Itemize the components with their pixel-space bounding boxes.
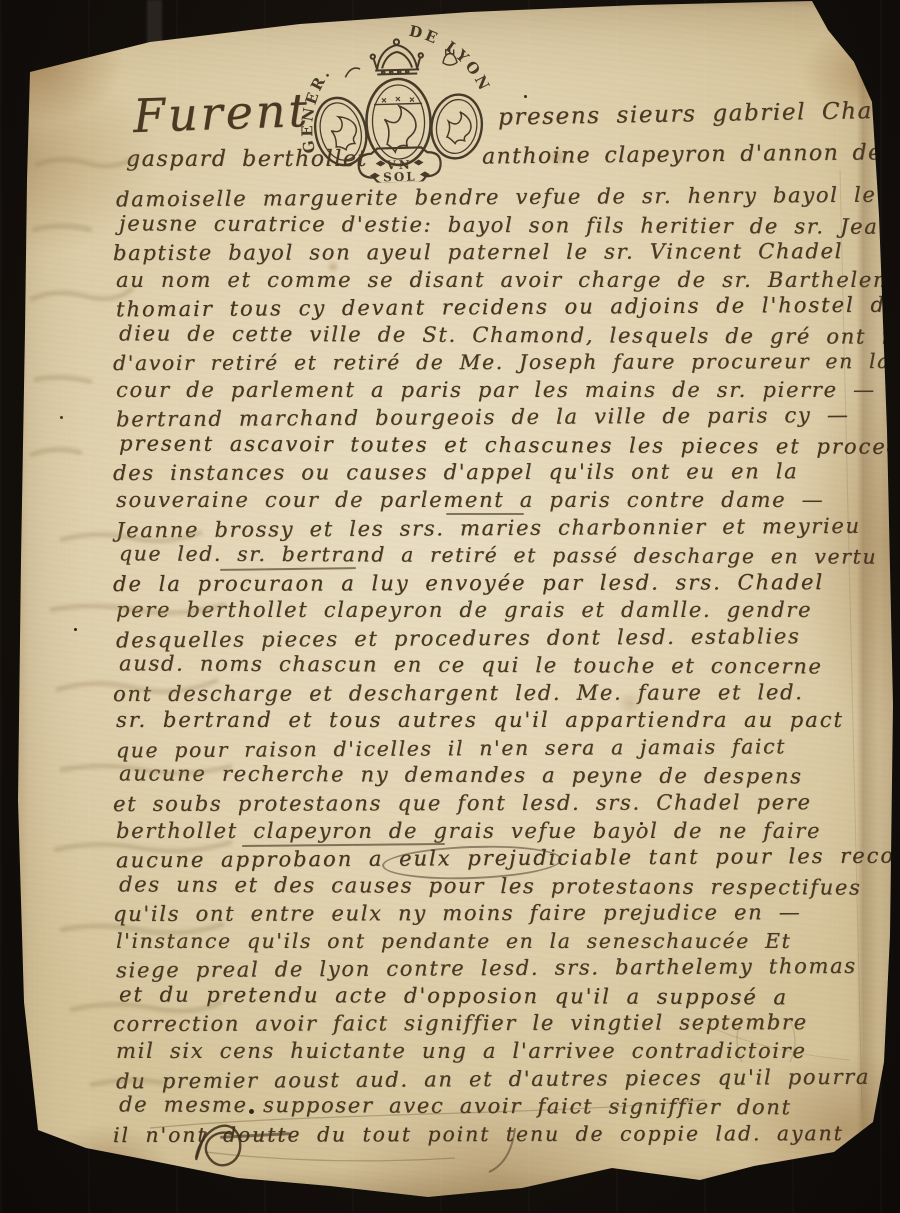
manuscript-line: berthollet clapeyron de grais vefue bayo… bbox=[116, 818, 886, 846]
manuscript-line: dieu de cette ville de St. Chamond, lesq… bbox=[119, 320, 889, 351]
manuscript-line: et du pretendu acte d'opposion qu'il a s… bbox=[119, 981, 889, 1012]
manuscript-line: de la procuraon a luy envoyée par lesd. … bbox=[113, 569, 883, 599]
stamp-flourish bbox=[345, 68, 360, 77]
stamp-denomination-banner: VN SOL bbox=[358, 147, 441, 185]
manuscript-line: l'instance qu'ils ont pendante en la sen… bbox=[116, 928, 886, 956]
manuscript-line: desquelles pieces et procedures dont les… bbox=[116, 622, 886, 654]
manuscript-line: jeusne curatrice d'estie: bayol son fils… bbox=[119, 210, 889, 241]
manuscript-line: pere berthollet clapeyron de grais et da… bbox=[116, 597, 886, 625]
manuscript-line: des instances ou causes d'appel qu'ils o… bbox=[113, 458, 883, 488]
manuscript-line: bertrand marchand bourgeois de la ville … bbox=[116, 402, 886, 434]
manuscript-line: present ascavoir toutes et chascunes les… bbox=[119, 430, 889, 461]
ink-specks bbox=[74, 628, 77, 631]
manuscript-line: anthoine clapeyron d'annon de grais bbox=[482, 140, 900, 170]
manuscript-line: damoiselle marguerite bendre vefue de sr… bbox=[116, 182, 886, 214]
manuscript-line: et soubs protestaons que font lesd. srs.… bbox=[113, 789, 883, 819]
manuscript-line: ausd. noms chascun en ce qui le touche e… bbox=[119, 651, 889, 682]
manuscript-page: GENER. DE LYON bbox=[0, 0, 900, 1213]
manuscript-line: presens sieurs gabriel Chadel bbox=[498, 97, 900, 130]
manuscript-line: siege preal de lyon contre lesd. srs. ba… bbox=[116, 953, 886, 985]
manuscript-line: cour de parlement a paris par les mains … bbox=[116, 377, 886, 405]
manuscript-line: d'avoir retiré et retiré de Me. Joseph f… bbox=[113, 348, 883, 378]
shield-center-lion bbox=[365, 78, 431, 166]
manuscript-line: qu'ils ont entre eulx ny moins faire pre… bbox=[113, 899, 883, 929]
manuscript-line: mil six cens huictante ung a l'arrivee c… bbox=[116, 1038, 886, 1066]
manuscript-line: thomair tous cy devant recidens ou adjoi… bbox=[116, 292, 886, 324]
manuscript-line: baptiste bayol son ayeul paternel le sr.… bbox=[113, 238, 883, 268]
crown-icon bbox=[370, 39, 423, 75]
manuscript-line: Jeanne brossy et les srs. maries charbon… bbox=[116, 512, 886, 544]
manuscript-line: souveraine cour de parlement a paris con… bbox=[116, 487, 886, 515]
shield-right-lion bbox=[427, 91, 486, 162]
opening-word: Furent bbox=[132, 83, 311, 143]
manuscript-line: au nom et comme se disant avoir charge d… bbox=[116, 267, 886, 295]
manuscript-line: que led. sr. bertrand a retiré et passé … bbox=[119, 540, 889, 571]
manuscript-line: de mesme supposer avec avoir faict signi… bbox=[119, 1091, 889, 1122]
manuscript-line: du premier aoust aud. an et d'autres pie… bbox=[116, 1063, 886, 1095]
manuscript-line: aucune recherche ny demandes a peyne de … bbox=[119, 761, 889, 792]
manuscript-body: damoiselle marguerite bendre vefue de sr… bbox=[116, 184, 886, 1148]
archival-photograph: GENER. DE LYON bbox=[0, 0, 900, 1213]
stamp-value-line2: SOL bbox=[383, 170, 417, 185]
background-notch bbox=[147, 0, 162, 46]
manuscript-line: sr. bertrand et tous autres qu'il appart… bbox=[116, 707, 886, 735]
manuscript-line: gaspard berthollet bbox=[126, 147, 368, 172]
manuscript-line: correction avoir faict signiffier le vin… bbox=[113, 1009, 883, 1039]
manuscript-line: ont descharge et deschargent led. Me. fa… bbox=[113, 679, 883, 709]
